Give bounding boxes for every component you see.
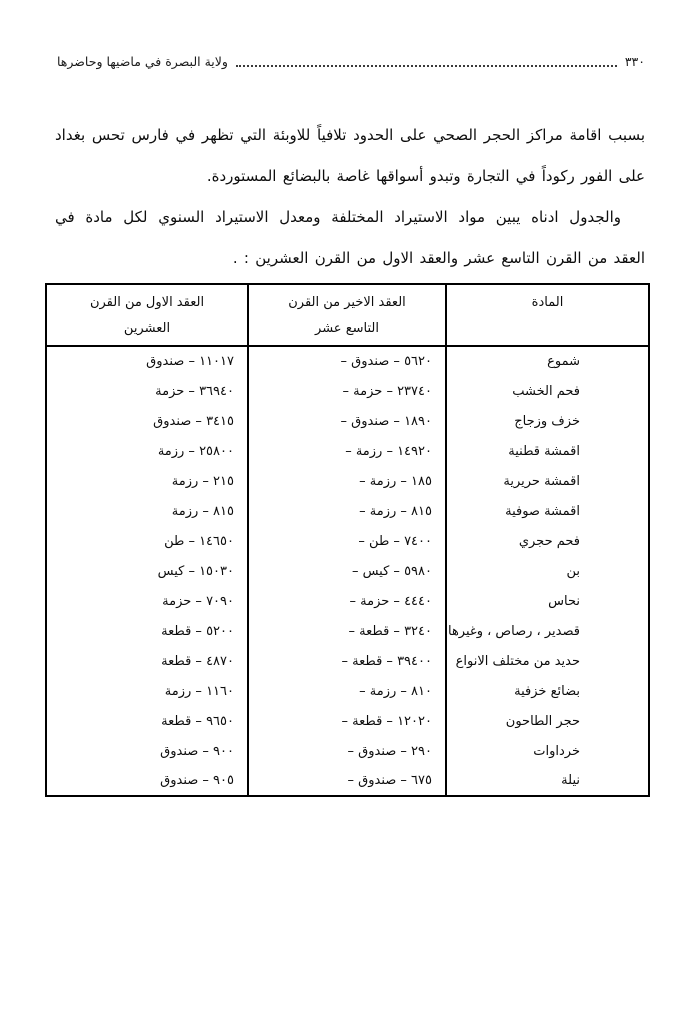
material-cell: بن (446, 556, 649, 586)
c20-value-cell: ١١٠١٧ – صندوق (46, 346, 248, 376)
material-cell: خزف وزجاج (446, 406, 649, 436)
table-row: خرداوات ٢٩٠ – صندوق – ٩٠٠ – صندوق (46, 736, 649, 766)
book-page: ٣٣٠ ولاية البصرة في ماضيها وحاضرها بسبب … (0, 0, 700, 1014)
c19-value-cell: ٣٢٤٠ – قطعة – (248, 616, 446, 646)
column-header-label: العقد الاول من القرن (47, 290, 247, 316)
paragraph-line: والجدول ادناه يبين مواد الاستيراد المختل… (55, 197, 645, 238)
table-header-row: المادة العقد الاخير من القرن التاسع عشر … (46, 284, 649, 346)
c20-value-cell: ٣٤١٥ – صندوق (46, 406, 248, 436)
material-cell: حديد من مختلف الانواع (446, 646, 649, 676)
material-cell: فحم حجري (446, 526, 649, 556)
table-row: فحم الخشب ٢٣٧٤٠ – حزمة – ٣٦٩٤٠ – حزمة (46, 376, 649, 406)
body-text: بسبب اقامة مراكز الحجر الصحي على الحدود … (55, 115, 645, 279)
column-header-label: العشرين (47, 316, 247, 342)
c19-value-cell: ٨١٠ – رزمة – (248, 676, 446, 706)
paragraph-table-intro: والجدول ادناه يبين مواد الاستيراد المختل… (55, 197, 645, 279)
book-title: ولاية البصرة في ماضيها وحاضرها (57, 54, 228, 69)
c20-value-cell: ٩٦٥٠ – قطعة (46, 706, 248, 736)
paragraph-quarantine: بسبب اقامة مراكز الحجر الصحي على الحدود … (55, 115, 645, 197)
material-cell: شموع (446, 346, 649, 376)
c20-value-cell: ٩٠٥ – صندوق (46, 766, 248, 796)
material-cell: بضائع خزفية (446, 676, 649, 706)
material-cell: اقمشة صوفية (446, 496, 649, 526)
c19-value-cell: ٤٤٤٠ – حزمة – (248, 586, 446, 616)
column-header-label: التاسع عشر (249, 316, 445, 342)
table-row: حجر الطاحون ١٢٠٢٠ – قطعة – ٩٦٥٠ – قطعة (46, 706, 649, 736)
c19-value-cell: ١٤٩٢٠ – رزمة – (248, 436, 446, 466)
c19-value-cell: ١٢٠٢٠ – قطعة – (248, 706, 446, 736)
table-row: نحاس ٤٤٤٠ – حزمة – ٧٠٩٠ – حزمة (46, 586, 649, 616)
c20-value-cell: ٢١٥ – رزمة (46, 466, 248, 496)
table-row: اقمشة صوفية ٨١٥ – رزمة – ٨١٥ – رزمة (46, 496, 649, 526)
material-cell: نحاس (446, 586, 649, 616)
table-row: قصدير ، رصاص ، وغيرها ٣٢٤٠ – قطعة – ٥٢٠٠… (46, 616, 649, 646)
table-row: حديد من مختلف الانواع ٣٩٤٠٠ – قطعة – ٤٨٧… (46, 646, 649, 676)
table-row: شموع ٥٦٢٠ – صندوق – ١١٠١٧ – صندوق (46, 346, 649, 376)
table-row: بن ٥٩٨٠ – كيس – ١٥٠٣٠ – كيس (46, 556, 649, 586)
table-row: فحم حجري ٧٤٠٠ – طن – ١٤٦٥٠ – طن (46, 526, 649, 556)
c20-value-cell: ٢٥٨٠٠ – رزمة (46, 436, 248, 466)
c19-value-cell: ٣٩٤٠٠ – قطعة – (248, 646, 446, 676)
c20-value-cell: ٤٨٧٠ – قطعة (46, 646, 248, 676)
column-header-label: المادة (447, 290, 648, 316)
c19-value-cell: ٥٦٢٠ – صندوق – (248, 346, 446, 376)
table-row: اقمشة قطنية ١٤٩٢٠ – رزمة – ٢٥٨٠٠ – رزمة (46, 436, 649, 466)
c19-value-cell: ١٨٩٠ – صندوق – (248, 406, 446, 436)
material-cell: فحم الخشب (446, 376, 649, 406)
paragraph-line: بسبب اقامة مراكز الحجر الصحي على الحدود … (55, 115, 645, 156)
dotted-leader (236, 55, 617, 67)
column-header-20th-century: العقد الاول من القرن العشرين (46, 284, 248, 346)
table-row: بضائع خزفية ٨١٠ – رزمة – ١١٦٠ – رزمة (46, 676, 649, 706)
material-cell: خرداوات (446, 736, 649, 766)
c20-value-cell: ٨١٥ – رزمة (46, 496, 248, 526)
material-cell: قصدير ، رصاص ، وغيرها (446, 616, 649, 646)
c19-value-cell: ٨١٥ – رزمة – (248, 496, 446, 526)
c19-value-cell: ٥٩٨٠ – كيس – (248, 556, 446, 586)
c20-value-cell: ١٤٦٥٠ – طن (46, 526, 248, 556)
column-header-material: المادة (446, 284, 649, 346)
column-header-label: العقد الاخير من القرن (249, 290, 445, 316)
running-head: ٣٣٠ ولاية البصرة في ماضيها وحاضرها (57, 54, 645, 69)
material-cell: اقمشة حريرية (446, 466, 649, 496)
c19-value-cell: ٢٣٧٤٠ – حزمة – (248, 376, 446, 406)
c20-value-cell: ٥٢٠٠ – قطعة (46, 616, 248, 646)
c19-value-cell: ٦٧٥ – صندوق – (248, 766, 446, 796)
c20-value-cell: ١١٦٠ – رزمة (46, 676, 248, 706)
table-row: اقمشة حريرية ١٨٥ – رزمة – ٢١٥ – رزمة (46, 466, 649, 496)
paragraph-line: على الفور ركوداً في التجارة وتبدو أسواقه… (55, 156, 645, 197)
material-cell: نيلة (446, 766, 649, 796)
c19-value-cell: ٧٤٠٠ – طن – (248, 526, 446, 556)
material-cell: حجر الطاحون (446, 706, 649, 736)
table-row: خزف وزجاج ١٨٩٠ – صندوق – ٣٤١٥ – صندوق (46, 406, 649, 436)
imports-table: المادة العقد الاخير من القرن التاسع عشر … (45, 283, 650, 797)
c20-value-cell: ١٥٠٣٠ – كيس (46, 556, 248, 586)
c20-value-cell: ٧٠٩٠ – حزمة (46, 586, 248, 616)
c20-value-cell: ٣٦٩٤٠ – حزمة (46, 376, 248, 406)
c19-value-cell: ١٨٥ – رزمة – (248, 466, 446, 496)
table-row: نيلة ٦٧٥ – صندوق – ٩٠٥ – صندوق (46, 766, 649, 796)
column-header-19th-century: العقد الاخير من القرن التاسع عشر (248, 284, 446, 346)
c19-value-cell: ٢٩٠ – صندوق – (248, 736, 446, 766)
material-cell: اقمشة قطنية (446, 436, 649, 466)
page-number: ٣٣٠ (625, 54, 645, 69)
paragraph-line: العقد من القرن التاسع عشر والعقد الاول م… (55, 238, 645, 279)
c20-value-cell: ٩٠٠ – صندوق (46, 736, 248, 766)
